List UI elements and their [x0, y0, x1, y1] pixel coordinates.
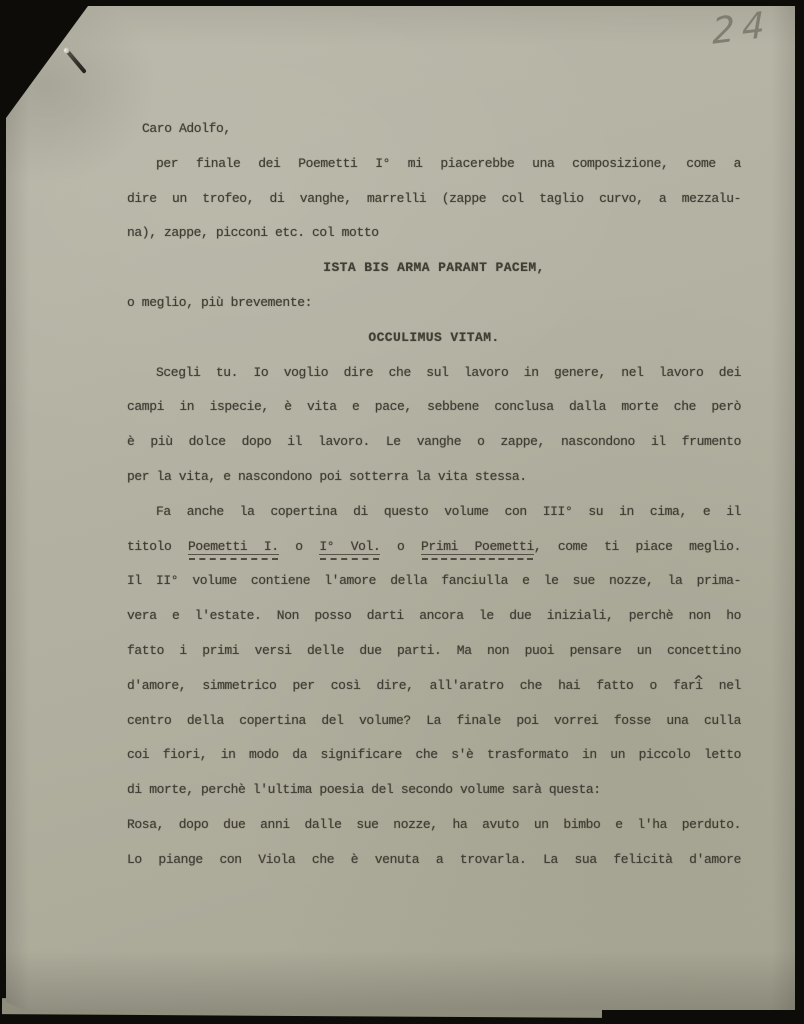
letter-line: campi in ispecie, è vita e pace, sebbene… — [127, 390, 741, 425]
salutation-line: Caro Adolfo, — [127, 112, 741, 147]
letter-line: fatto i primi versi delle due parti. Ma … — [127, 634, 741, 669]
letter-line: o meglio, più brevemente: — [127, 286, 741, 321]
caret-anchor: ^i — [695, 678, 702, 693]
motto-line-1: ISTA BIS ARMA PARANT PACEM, — [127, 251, 741, 286]
page-number-annotation: 24 — [712, 4, 772, 53]
title-line-text: titolo — [127, 539, 188, 554]
letter-line: dire un trofeo, di vanghe, marrelli (zap… — [127, 182, 741, 217]
letter-line: per la vita, e nascondono poi sotterra l… — [127, 460, 741, 495]
letter-line: di morte, perchè l'ultima poesia del sec… — [127, 773, 741, 808]
insertion-caret-mark: ^ — [693, 665, 704, 700]
letter-line: Lo piange con Viola che è venuta a trova… — [127, 843, 741, 878]
title-line-text: o — [279, 539, 320, 554]
letter-line: na), zappe, picconi etc. col motto — [127, 216, 741, 251]
letter-line-with-caret: d'amore, simmetrico per così dire, all'a… — [127, 669, 741, 704]
letter-line: Fa anche la copertina di questo volume c… — [127, 495, 741, 530]
letter-line: Scegli tu. Io voglio dire che sul lavoro… — [127, 356, 741, 391]
title-option-primo-vol: I° Vol. — [319, 539, 380, 555]
letter-line: è più dolce dopo il lavoro. Le vanghe o … — [127, 425, 741, 460]
title-option-poemetti-i: Poemetti I. — [188, 539, 279, 555]
letter-line: centro della copertina del volume? La fi… — [127, 704, 741, 739]
title-options-line: titolo Poemetti I. o I° Vol. o Primi Poe… — [127, 530, 741, 565]
title-line-text: o — [380, 539, 421, 554]
scanned-letter-page: 24 Caro Adolfo, per finale dei Poemetti … — [0, 0, 804, 1024]
motto-line-2: OCCULIMUS VITAM. — [127, 321, 741, 356]
letter-line: coi fiori, in modo da significare che s'… — [127, 738, 741, 773]
title-option-primi-poemetti: Primi Poemetti — [421, 539, 534, 555]
letter-line: per finale dei Poemetti I° mi piacerebbe… — [127, 147, 741, 182]
letter-line: Il II° volume contiene l'amore della fan… — [127, 564, 741, 599]
letter-line: Rosa, dopo due anni dalle sue nozze, ha … — [127, 808, 741, 843]
letter-body: Caro Adolfo, per finale dei Poemetti I° … — [127, 112, 741, 878]
letter-line: vera e l'estate. Non posso darti ancora … — [127, 599, 741, 634]
title-line-text: , come ti piace meglio. — [534, 539, 741, 554]
letter-line-text: d'amore, simmetrico per così dire, all'a… — [127, 678, 695, 693]
letter-line-text: nel — [703, 678, 741, 693]
